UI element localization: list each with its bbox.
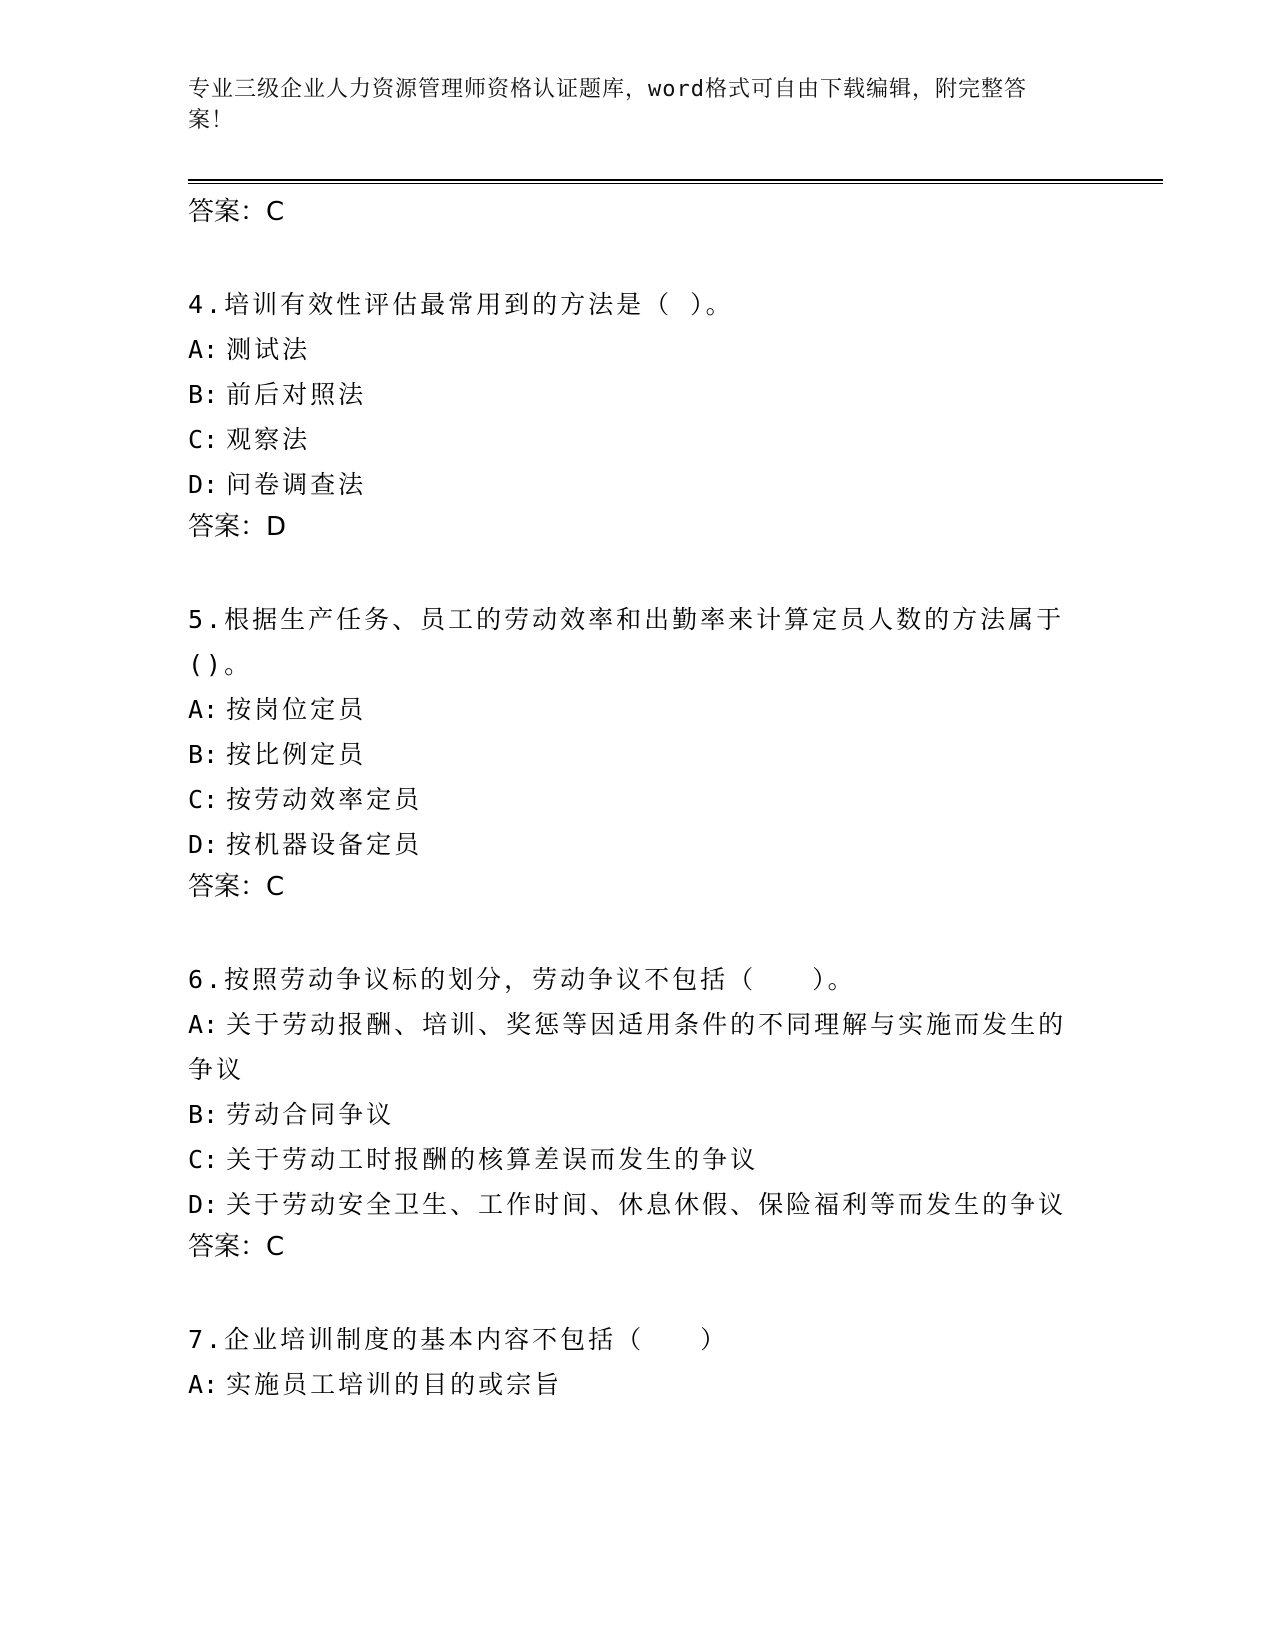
option-a: A:关于劳动报酬、培训、奖惩等因适用条件的不同理解与实施而发生的争议 <box>188 1002 1088 1092</box>
answer-q3: 答案：C <box>188 192 1088 232</box>
question-stem: 6.按照劳动争议标的划分，劳动争议不包括（ ）。 <box>188 957 1088 1002</box>
option-b: B:劳动合同争议 <box>188 1092 1088 1137</box>
option-a: A:实施员工培训的目的或宗旨 <box>188 1362 1088 1407</box>
option-d: D:关于劳动安全卫生、工作时间、休息休假、保险福利等而发生的争议 <box>188 1182 1088 1227</box>
question-5: 5.根据生产任务、员工的劳动效率和出勤率来计算定员人数的方法属于()。 A:按岗… <box>188 597 1088 907</box>
question-stem: 4.培训有效性评估最常用到的方法是（ ）。 <box>188 282 1088 327</box>
option-a: A:测试法 <box>188 327 1088 372</box>
option-d: D:问卷调查法 <box>188 462 1088 507</box>
question-7: 7.企业培训制度的基本内容不包括（ ） A:实施员工培训的目的或宗旨 <box>188 1317 1088 1407</box>
option-d: D:按机器设备定员 <box>188 822 1088 867</box>
document-body: 答案：C 4.培训有效性评估最常用到的方法是（ ）。 A:测试法 B:前后对照法… <box>188 192 1088 1407</box>
question-stem: 5.根据生产任务、员工的劳动效率和出勤率来计算定员人数的方法属于()。 <box>188 597 1088 687</box>
option-c: C:按劳动效率定员 <box>188 777 1088 822</box>
option-b: B:按比例定员 <box>188 732 1088 777</box>
answer: 答案：C <box>188 1227 1088 1267</box>
option-c: C:观察法 <box>188 417 1088 462</box>
question-4: 4.培训有效性评估最常用到的方法是（ ）。 A:测试法 B:前后对照法 C:观察… <box>188 282 1088 547</box>
answer: 答案：D <box>188 507 1088 547</box>
document-header: 专业三级企业人力资源管理师资格认证题库，word格式可自由下载编辑，附完整答案！ <box>188 74 1068 136</box>
header-divider <box>188 179 1163 184</box>
question-6: 6.按照劳动争议标的划分，劳动争议不包括（ ）。 A:关于劳动报酬、培训、奖惩等… <box>188 957 1088 1267</box>
answer: 答案：C <box>188 867 1088 907</box>
option-a: A:按岗位定员 <box>188 687 1088 732</box>
question-stem: 7.企业培训制度的基本内容不包括（ ） <box>188 1317 1088 1362</box>
option-c: C:关于劳动工时报酬的核算差误而发生的争议 <box>188 1137 1088 1182</box>
option-b: B:前后对照法 <box>188 372 1088 417</box>
